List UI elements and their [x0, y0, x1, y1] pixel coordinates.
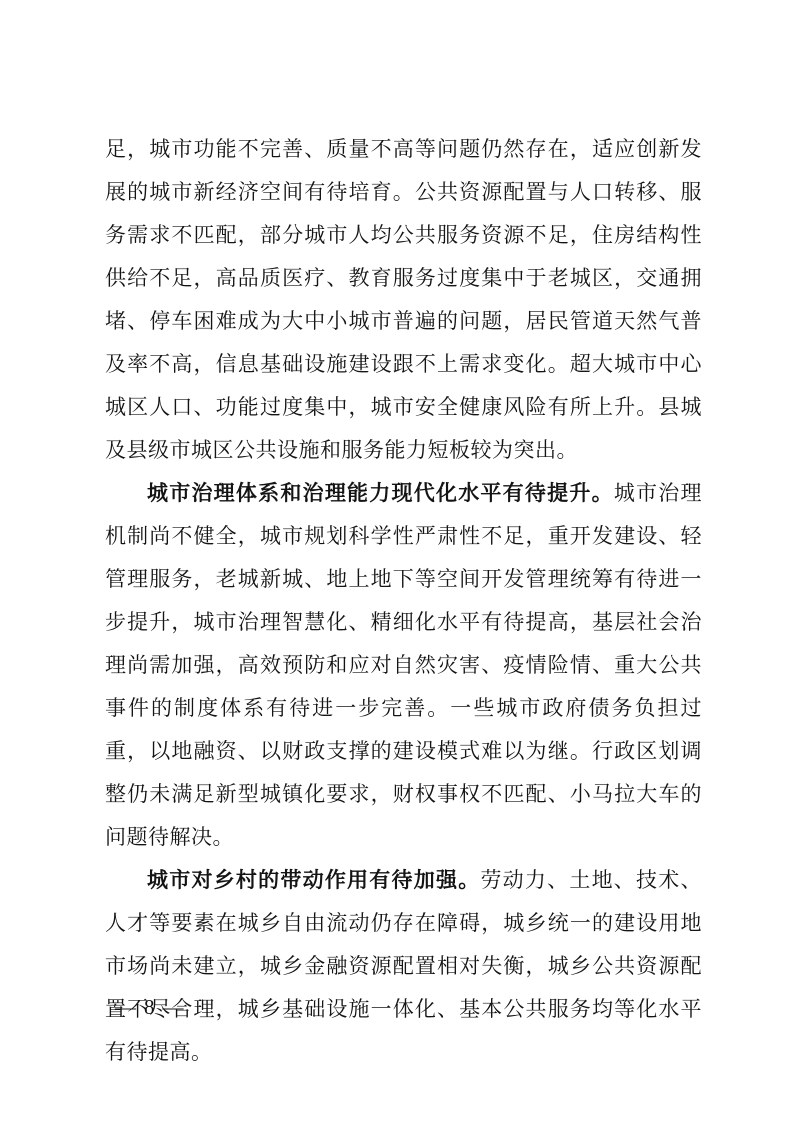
document-body: 足，城市功能不完善、质量不高等问题仍然存在，适应创新发展的城市新经济空间有待培育… [105, 128, 702, 1074]
paragraph-governance: 城市治理体系和治理能力现代化水平有待提升。城市治理机制尚不健全，城市规划科学性严… [105, 472, 702, 859]
paragraph-text: 足，城市功能不完善、质量不高等问题仍然存在，适应创新发展的城市新经济空间有待培育… [105, 137, 702, 462]
paragraph-bold-lead: 城市对乡村的带动作用有待加强。 [147, 868, 480, 892]
footer-left-dash: — [112, 995, 141, 1019]
paragraph-bold-lead: 城市治理体系和治理能力现代化水平有待提升。 [147, 481, 614, 505]
paragraph-urban-rural: 城市对乡村的带动作用有待加强。劳动力、土地、技术、人才等要素在城乡自由流动仍存在… [105, 859, 702, 1074]
paragraph-continuation: 足，城市功能不完善、质量不高等问题仍然存在，适应创新发展的城市新经济空间有待培育… [105, 128, 702, 472]
page-number-footer: —8— [112, 993, 189, 1021]
footer-right-dash: — [160, 995, 189, 1019]
document-page: 足，城市功能不完善、质量不高等问题仍然存在，适应创新发展的城市新经济空间有待培育… [0, 0, 794, 1123]
paragraph-text: 城市治理机制尚不健全，城市规划科学性严肃性不足，重开发建设、轻管理服务，老城新城… [105, 481, 702, 849]
page-number: 8 [141, 995, 160, 1019]
paragraph-text: 劳动力、土地、技术、人才等要素在城乡自由流动仍存在障碍，城乡统一的建设用地市场尚… [105, 868, 702, 1064]
